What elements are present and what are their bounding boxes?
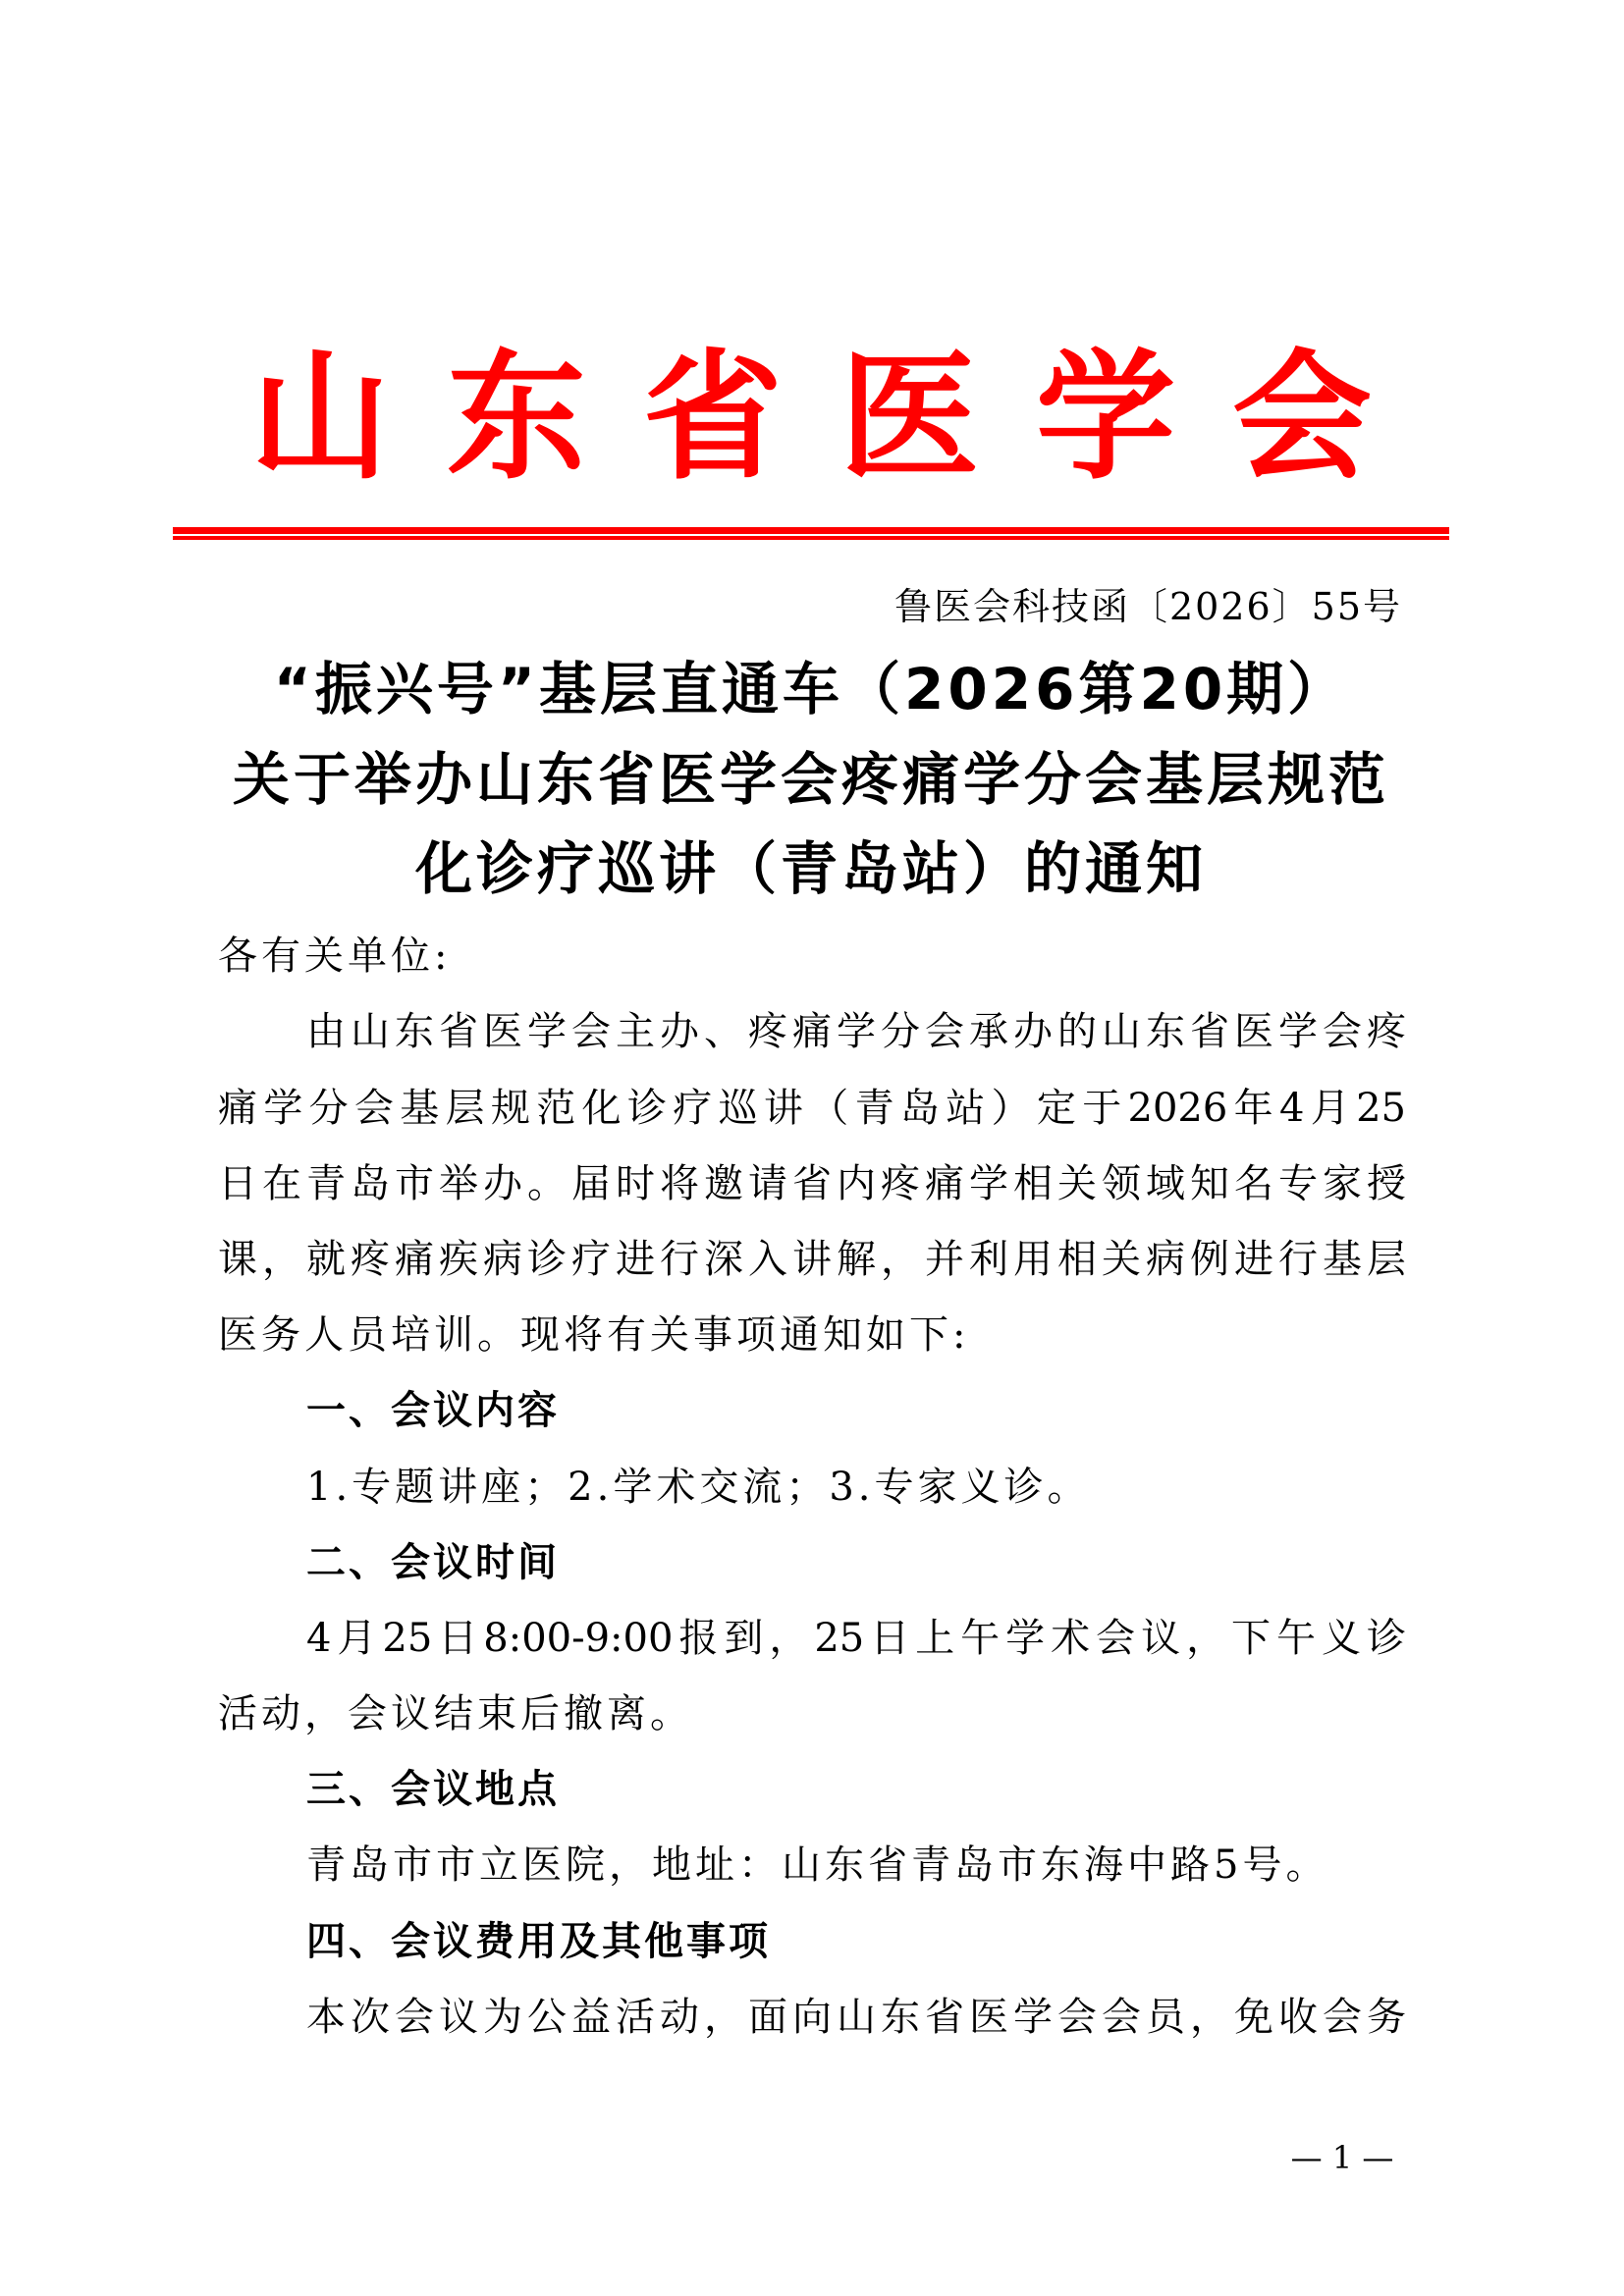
section-time-line: 4月25日8:00-9:00报到，25日上午学术会议，下午义诊	[218, 1613, 1406, 1664]
section-fees-line: 本次会议为公益活动，面向山东省医学会会员，免收会务	[218, 1992, 1406, 2043]
document-page: 山东省医学会 鲁医会科技函〔2026〕55号 “振兴号”基层直通车（2026第2…	[0, 0, 1624, 2296]
document-number: 鲁医会科技函〔2026〕55号	[894, 583, 1402, 630]
intro-line: 由山东省医学会主办、疼痛学分会承办的山东省医学会疼	[218, 1006, 1406, 1057]
title-line-2: 关于举办山东省医学会疼痛学分会基层规范	[173, 744, 1449, 815]
masthead-red-rule-thin	[173, 536, 1449, 540]
section-heading-fees: 四、会议费用及其他事项	[306, 1916, 771, 1967]
intro-line: 痛学分会基层规范化诊疗巡讲（青岛站）定于2026年4月25	[218, 1083, 1406, 1134]
section-time-line: 活动，会议结束后撤离。	[218, 1688, 1406, 1739]
title-line-1: “振兴号”基层直通车（2026第20期）	[173, 654, 1449, 724]
section-heading-location: 三、会议地点	[306, 1764, 560, 1815]
section-content-line: 1.专题讲座；2.学术交流；3.专家义诊。	[218, 1462, 1406, 1513]
section-heading-content: 一、会议内容	[306, 1385, 560, 1436]
section-heading-time: 二、会议时间	[306, 1537, 560, 1588]
page-number: — 1 —	[1273, 2140, 1411, 2175]
intro-line: 课，就疼痛疾病诊疗进行深入讲解，并利用相关病例进行基层	[218, 1234, 1406, 1285]
masthead-red-rule-thick	[173, 527, 1449, 534]
salutation: 各有关单位:	[218, 931, 1406, 982]
title-line-3: 化诊疗巡讲（青岛站）的通知	[173, 833, 1449, 904]
section-location-line: 青岛市市立医院，地址：山东省青岛市东海中路5号。	[218, 1840, 1406, 1891]
masthead-org-name: 山东省医学会	[173, 334, 1449, 501]
intro-line: 日在青岛市举办。届时将邀请省内疼痛学相关领域知名专家授	[218, 1158, 1406, 1209]
intro-line: 医务人员培训。现将有关事项通知如下:	[218, 1309, 1406, 1361]
